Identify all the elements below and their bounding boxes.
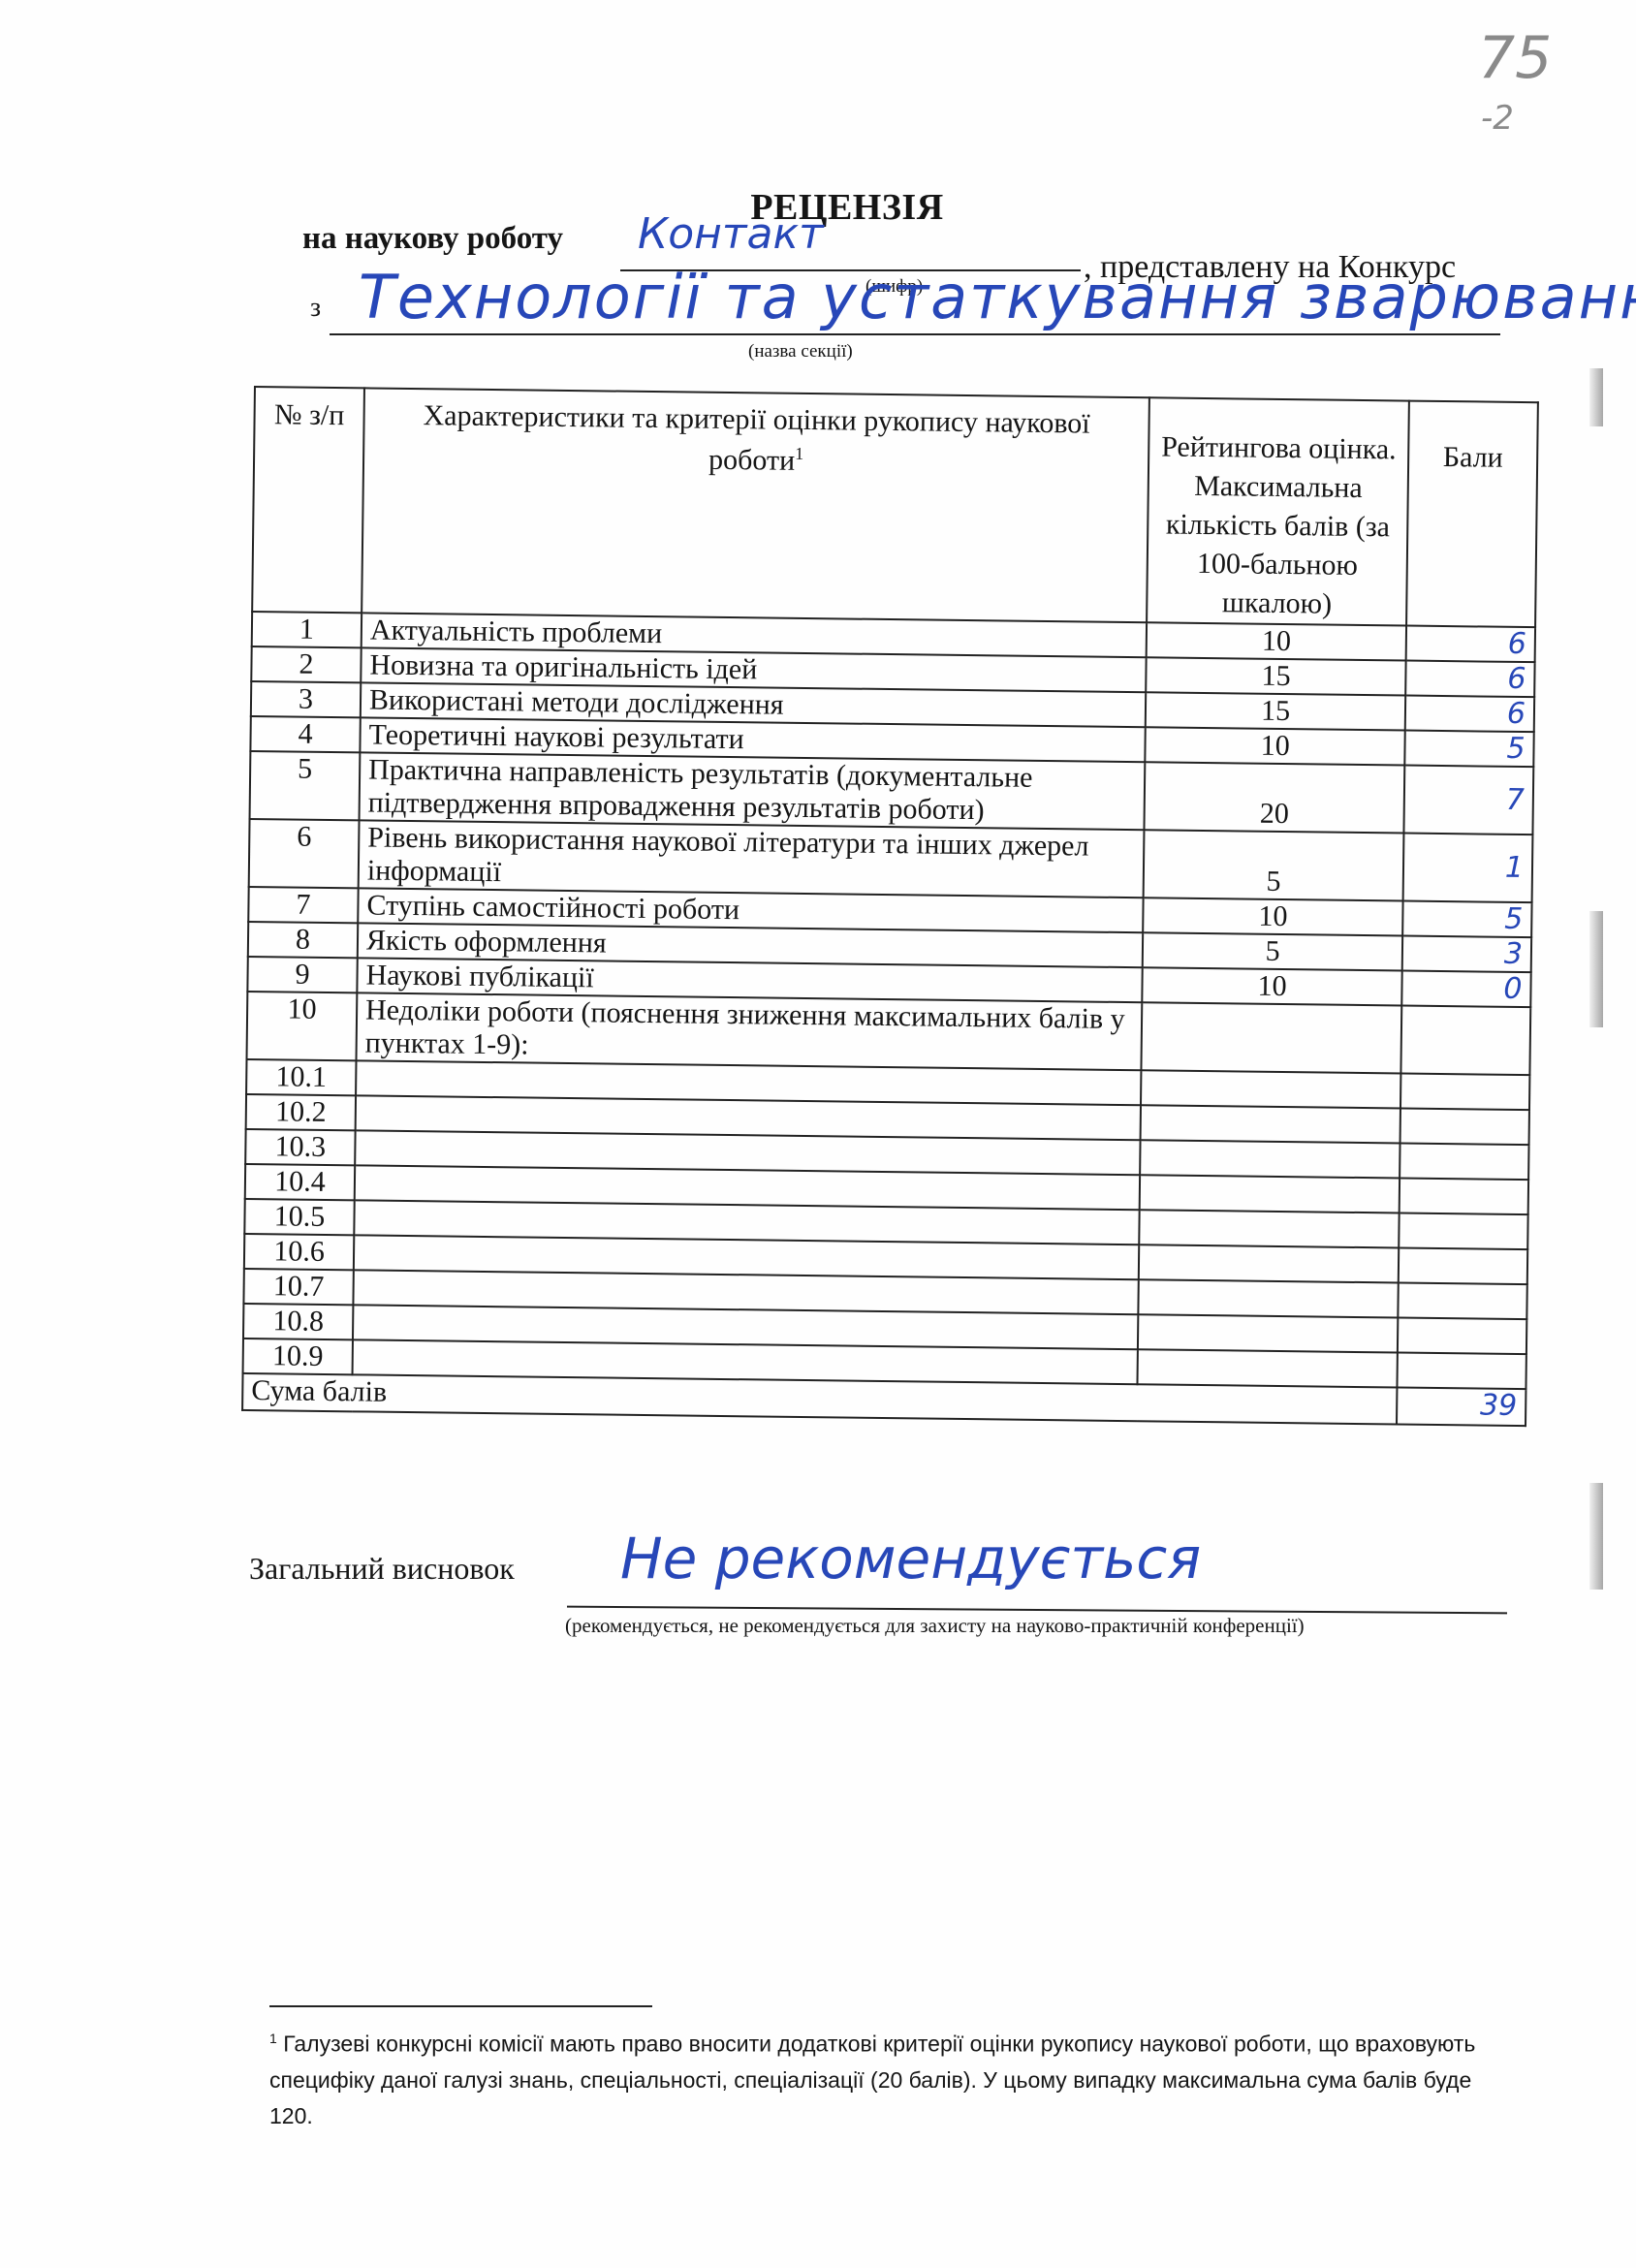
row-number: 10.3 (245, 1129, 355, 1165)
row-number: 3 (251, 681, 361, 717)
row-max-points (1140, 1140, 1400, 1178)
footnote-text: Галузеві конкурсні комісії мають право в… (269, 2032, 1475, 2128)
row-number: 4 (250, 716, 360, 752)
section-prefix: з (310, 293, 321, 324)
row-number: 10.6 (244, 1234, 354, 1270)
row-max-points: 10 (1145, 727, 1405, 765)
work-label: на наукову роботу (302, 221, 563, 257)
row-score[interactable]: 5 (1405, 731, 1534, 768)
header-max-points: Рейтингова оцінка. Максимальна кількість… (1147, 397, 1409, 625)
row-number: 6 (249, 819, 360, 888)
row-number: 10.8 (243, 1304, 353, 1339)
row-number: 7 (248, 887, 358, 923)
row-score[interactable] (1401, 1006, 1531, 1076)
row-score[interactable]: 0 (1402, 971, 1531, 1008)
row-number: 8 (248, 922, 358, 958)
review-criteria-table: № з/п Характеристики та критерії оцінки … (241, 386, 1539, 1427)
row-number: 1 (252, 612, 362, 647)
row-score[interactable] (1400, 1109, 1529, 1146)
header-criteria: Характеристики та критерії оцінки рукопи… (362, 388, 1149, 622)
row-max-points (1141, 1070, 1401, 1108)
row-number: 2 (251, 646, 361, 682)
sum-score[interactable]: 39 (1397, 1387, 1526, 1426)
row-max-points (1140, 1175, 1400, 1213)
row-score[interactable]: 6 (1405, 696, 1534, 733)
section-caption: (назва секції) (748, 341, 853, 362)
row-max-points: 5 (1143, 932, 1403, 970)
row-score[interactable]: 5 (1402, 901, 1531, 938)
row-number: 9 (247, 957, 357, 992)
row-max-points: 10 (1142, 967, 1402, 1005)
row-number: 10.2 (246, 1094, 356, 1130)
row-number: 10.7 (243, 1269, 353, 1305)
row-criterion: Рівень використання наукової літератури … (359, 820, 1145, 898)
row-number: 5 (250, 751, 361, 820)
row-max-points (1138, 1279, 1399, 1317)
header-num: № з/п (252, 387, 364, 613)
row-max-points (1138, 1349, 1399, 1387)
row-score[interactable] (1398, 1317, 1526, 1354)
row-number: 10.9 (243, 1339, 353, 1374)
page-number-pencil: 75 (1478, 29, 1552, 87)
scan-artifact (1589, 368, 1603, 426)
header-score: Бали (1406, 401, 1538, 628)
row-score[interactable]: 3 (1402, 936, 1531, 973)
row-max-points (1139, 1244, 1400, 1282)
row-score[interactable] (1399, 1213, 1527, 1250)
row-criterion: Недоліки роботи (пояснення зниження макс… (356, 992, 1142, 1070)
footnote-ref: 1 (269, 2031, 277, 2046)
row-score[interactable]: 6 (1406, 626, 1535, 663)
row-max-points: 5 (1144, 830, 1404, 900)
scan-artifact (1589, 911, 1603, 1027)
row-score[interactable] (1400, 1179, 1528, 1215)
row-number: 10.1 (246, 1059, 356, 1095)
footnote-divider (269, 2005, 652, 2007)
row-max-points: 15 (1146, 657, 1406, 695)
row-criterion: Практична направленість результатів (док… (360, 752, 1146, 830)
row-number: 10.5 (244, 1199, 354, 1235)
conclusion-label: Загальний висновок (249, 1551, 515, 1587)
row-max-points: 20 (1145, 762, 1405, 833)
page-number-sub-pencil: -2 (1481, 99, 1514, 138)
row-score[interactable] (1399, 1248, 1527, 1285)
conclusion-field[interactable]: Не рекомендується (620, 1526, 1201, 1591)
row-max-points: 10 (1147, 622, 1407, 660)
section-underline (330, 333, 1500, 335)
cipher-field[interactable]: Контакт (638, 209, 824, 259)
row-score[interactable]: 6 (1405, 661, 1534, 698)
row-max-points (1141, 1105, 1401, 1143)
conclusion-hint: (рекомендується, не рекомендується для з… (565, 1614, 1305, 1638)
section-field[interactable]: Технології та устаткування зварювання (359, 262, 1636, 332)
row-score[interactable] (1398, 1352, 1526, 1389)
scan-artifact (1589, 1483, 1603, 1590)
footnote: 1 Галузеві конкурсні комісії мають право… (269, 2021, 1520, 2134)
row-score[interactable] (1399, 1282, 1527, 1319)
row-number: 10.4 (245, 1164, 355, 1200)
row-score[interactable]: 1 (1403, 834, 1533, 903)
row-number: 10 (247, 992, 358, 1060)
row-score[interactable]: 7 (1404, 766, 1534, 835)
row-max-points (1138, 1314, 1399, 1352)
row-score[interactable] (1400, 1074, 1529, 1111)
row-max-points: 15 (1146, 692, 1406, 730)
row-score[interactable] (1400, 1144, 1528, 1181)
row-max-points (1142, 1002, 1402, 1073)
row-max-points (1139, 1210, 1400, 1247)
row-max-points: 10 (1143, 898, 1403, 935)
table-header-row: № з/п Характеристики та критерії оцінки … (252, 387, 1538, 627)
